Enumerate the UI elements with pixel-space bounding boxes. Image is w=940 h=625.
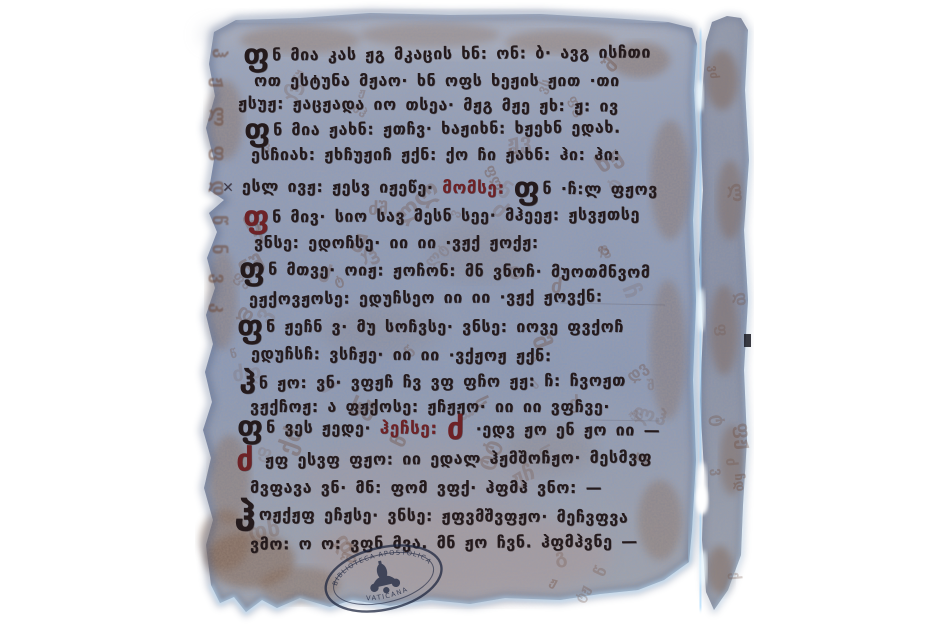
text-segment: მვფავა ვნ· მნ: ფომ ვფქ· ჰფმჰ ვნო: — <box>250 478 602 497</box>
text-segment: ეჟქოვჟოსე: ედუჩსეო იი იი ·ვჟქ ჟოვქნ: <box>249 287 603 309</box>
manuscript-line: ეჟქოვჟოსე: ედუჩსეო იი იი ·ვჟქ ჟოვქნ: <box>249 287 603 309</box>
text-segment: ვჟქჩოჟ: ა ფჟქოსე: ჟჩჟჟო· იი იი ვფჩვე· <box>250 397 610 416</box>
manuscript-line: ჰნ ჟო: ვნ· ვფჟჩ ჩვ ვფ ფჩო ჟჟ: ჩ: ჩვოჟთ <box>239 370 626 392</box>
manuscript-line: ფნ მია კას ჟგ მკაცის ხნ: ონ: ბ· ავგ ისჩთ… <box>243 42 651 64</box>
manuscript-line: ესჩიახ: ჟხჩუჟიჩ ჟქნ: ქო ჩი ჟახნ: ჰი: ჰი: <box>251 145 620 164</box>
manuscript-line: ფნ მთვე· ოიჟ: ჟოჩონ: მნ ვნოჩ· მუოთმნვომ <box>239 259 651 281</box>
manuscript-line: ჟსუჟ: ჟაცჟადა იო თსეა· მჟგ მჟე ჟხ: ჟ: ივ <box>238 94 619 116</box>
text-segment: ოთ ესტუნა მჟაო· ხნ ოფს ხეჟის ჟით ·თი <box>254 71 620 90</box>
margin-mark: × <box>222 179 242 195</box>
text-segment: ნ ჟო: ვნ· ვფჟჩ ჩვ ვფ ფჩო ჟჟ: ჩ: ჩვოჟთ <box>259 370 626 392</box>
manuscript-line: ვნსე: ედოჩსე· იი იი ·ვჟქ ჟოქჟ: <box>254 233 539 252</box>
manuscript-line: ჰოჟქჟფ ეჩჟსე· ვნსე: ჟფვმშვფჟო· მეჩვფვა <box>234 504 629 526</box>
text-segment: ესჩიახ: ჟხჩუჟიჩ ჟქნ: ქო ჩი ჟახნ: ჰი: ჰი: <box>251 145 620 164</box>
manuscript-line: ფნ ჟეჩნ ვ· მუ სოჩვსე· ვნსე: იოვე ფვქოჩ <box>237 317 624 336</box>
rubric-segment: მომსე: <box>442 178 505 198</box>
text-segment: ჟფ ესვფ ფჟო: იი ედალ ჰჟმშოჩჟო· მესმვფ <box>256 447 652 469</box>
text-segment: ესლ ივჟ: ჟესვ იჟეწე· <box>242 176 442 197</box>
text-segment: ვნსე: ედოჩსე· იი იი ·ვჟქ ჟოქჟ: <box>254 233 539 252</box>
manuscript-line: ედუჩსჩ: ვსჩჟე· იი იი ·ვქჟოჟ ჟქნ: <box>251 344 552 365</box>
rubric-segment: ჰეჩსე: <box>380 418 447 439</box>
text-segment: ჟსუჟ: ჟაცჟადა იო თსეა· მჟგ მჟე ჟხ: ჟ: ივ <box>238 94 619 116</box>
manuscript-line: ვჟქჩოჟ: ა ფჟქოსე: ჟჩჟჟო· იი იი ვფჩვე· <box>250 397 610 416</box>
text-segment <box>505 179 514 198</box>
manuscript-line: მვფავა ვნ· მნ: ფომ ვფქ· ჰფმჰ ვნო: — <box>250 478 602 497</box>
manuscript-line: ფნ ვეს ჟედე· ჰეჩსე: ძ ·ედვ ჟო ენ ჟო იი — <box>237 417 660 440</box>
text-segment: ნ მია ჟახნ: ჟთჩვ· ხაჟიხნ: ხჟეხნ ედახ. <box>273 118 621 140</box>
manuscript-text-block: ფნ მია კას ჟგ მკაცის ხნ: ონ: ბ· ავგ ისჩთ… <box>0 0 940 625</box>
text-segment: ·ედვ ჟო ენ ჟო იი — <box>467 419 660 440</box>
text-segment: ნ მივ· სიო სავ მესნ სეე· მჰეეჟ: ჟსვჟთსე <box>272 204 640 226</box>
text-segment: ედუჩსჩ: ვსჩჟე· იი იი ·ვქჟოჟ ჟქნ: <box>251 344 552 365</box>
text-segment: ნ ·ჩ:ლ ფჟოვ <box>542 179 657 199</box>
manuscript-line: ფნ მივ· სიო სავ მესნ სეე· მჰეეჟ: ჟსვჟთსე <box>243 204 640 226</box>
text-segment: ოჟქჟფ ეჩჟსე· ვნსე: ჟფვმშვფჟო· მეჩვფვა <box>259 505 629 527</box>
text-segment: ნ მია კას ჟგ მკაცის ხნ: ონ: ბ· ავგ ისჩთი <box>272 42 651 64</box>
manuscript-photo: ვნშნვგლლლფძძშჟვქძნგშძჟჟჟწქლძლჰლტჟშვჟჩგძდ… <box>0 0 940 625</box>
manuscript-line: ოთ ესტუნა მჟაო· ხნ ოფს ხეჟის ჟით ·თი <box>254 71 620 90</box>
manuscript-line: ძ ჟფ ესვფ ფჟო: იი ედალ ჰჟმშოჩჟო· მესმვფ <box>236 447 652 469</box>
manuscript-line: ფნ მია ჟახნ: ჟთჩვ· ხაჟიხნ: ხჟეხნ ედახ. <box>244 118 621 140</box>
text-segment: ნ ვეს ჟედე· <box>266 418 380 438</box>
manuscript-line: × ესლ ივჟ: ჟესვ იჟეწე· მომსე: ფნ ·ჩ:ლ ფჟ… <box>222 176 658 199</box>
text-segment: ნ ჟეჩნ ვ· მუ სოჩვსე· ვნსე: იოვე ფვქოჩ <box>266 317 624 336</box>
text-segment: ნ მთვე· ოიჟ: ჟოჩონ: მნ ვნოჩ· მუოთმნვომ <box>268 260 651 282</box>
